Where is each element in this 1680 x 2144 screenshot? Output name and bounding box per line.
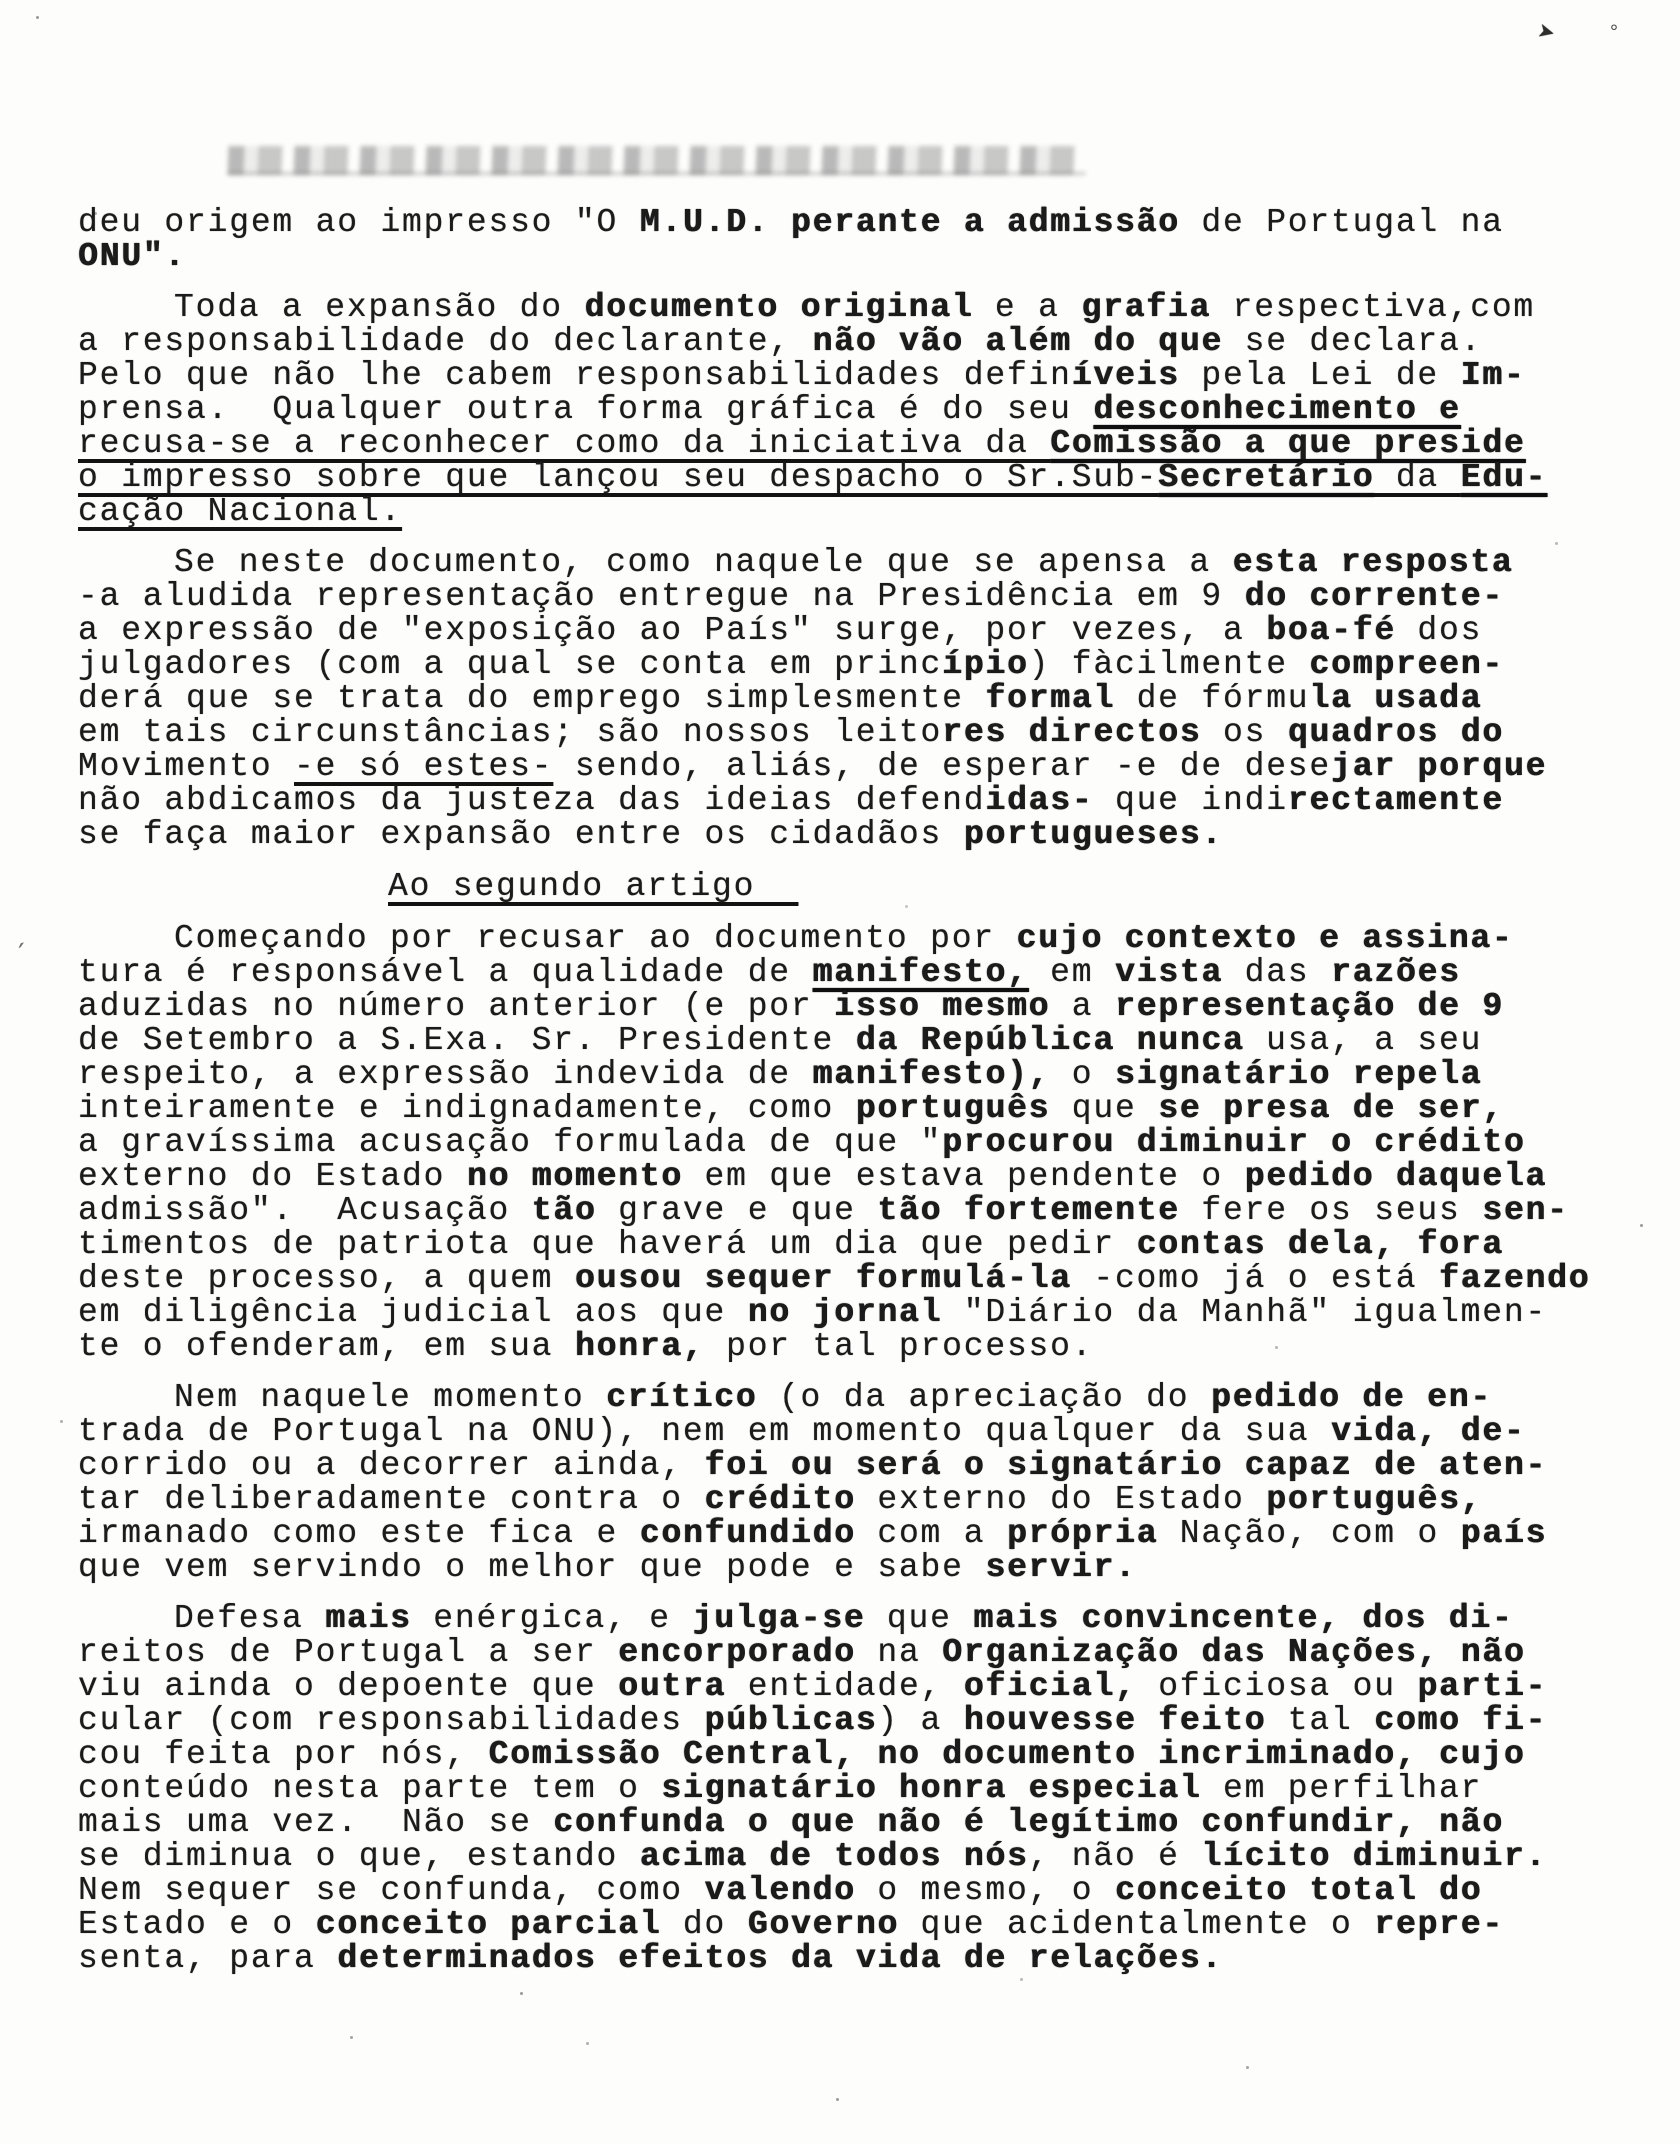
text-segment: mais bbox=[325, 1600, 411, 1637]
text-segment: da República nunca bbox=[856, 1022, 1245, 1059]
text-segment: Nação, com o bbox=[1158, 1515, 1460, 1552]
text-segment: ) a bbox=[877, 1702, 963, 1739]
paragraph-nem-naquele: Nem naquele momento crítico (o da apreci… bbox=[78, 1381, 1646, 1585]
text-segment: de fórmu bbox=[1115, 680, 1309, 717]
text-segment: , não é bbox=[1029, 1838, 1202, 1875]
text-segment: o impresso sobre que lançou seu despacho… bbox=[78, 459, 1158, 496]
text-segment: ousou sequer formulá-la bbox=[575, 1260, 1072, 1297]
text-segment: que vem servindo o melhor que pode e sab… bbox=[78, 1549, 985, 1586]
document-text: deu origem ao impresso "O M.U.D. perante… bbox=[78, 206, 1646, 1993]
text-segment: tão fortemente bbox=[877, 1192, 1179, 1229]
text-segment: se presa de ser, bbox=[1158, 1090, 1504, 1127]
text-segment: pedido daquela bbox=[1245, 1158, 1547, 1195]
text-segment: fere os seus bbox=[1180, 1192, 1482, 1229]
text-segment: julgadores (com a qual se conta em princ bbox=[78, 646, 942, 683]
text-line: tar deliberadamente contra o crédito ext… bbox=[78, 1483, 1646, 1517]
text-segment: o bbox=[1050, 1056, 1115, 1093]
text-segment: grafia bbox=[1081, 289, 1211, 326]
text-segment: servir. bbox=[985, 1549, 1136, 1586]
text-segment: a responsabilidade do declarante, bbox=[78, 323, 813, 360]
text-segment: Ao segundo artigo bbox=[388, 868, 798, 905]
text-segment: dos bbox=[1396, 612, 1482, 649]
text-segment: em diligência judicial aos que bbox=[78, 1294, 748, 1331]
text-line: trada de Portugal na ONU), nem em moment… bbox=[78, 1415, 1646, 1449]
text-line: reitos de Portugal a ser encorporado na … bbox=[78, 1636, 1646, 1670]
text-segment: acima de todos nós bbox=[640, 1838, 1029, 1875]
text-segment: parti- bbox=[1417, 1668, 1547, 1705]
text-segment: pedido de en- bbox=[1211, 1379, 1492, 1416]
text-segment: com a bbox=[856, 1515, 1007, 1552]
text-segment: em que estava pendente o bbox=[683, 1158, 1245, 1195]
text-segment: la usada bbox=[1309, 680, 1482, 717]
text-segment: Comissão Central, no documento incrimina… bbox=[488, 1736, 1525, 1773]
text-segment: a bbox=[1050, 988, 1115, 1025]
text-segment: se faça maior expansão entre os cidadãos bbox=[78, 816, 964, 853]
text-segment: do bbox=[661, 1906, 747, 1943]
text-segment: externo do Estado bbox=[856, 1481, 1266, 1518]
text-segment: Pelo que não lhe cabem responsabilidades… bbox=[78, 357, 1072, 394]
text-segment: das bbox=[1223, 954, 1331, 991]
text-segment: Im- bbox=[1461, 357, 1526, 394]
text-line: Estado e o conceito parcial do Governo q… bbox=[78, 1908, 1646, 1942]
text-segment: -e só estes- bbox=[294, 748, 553, 785]
text-segment: conteúdo nesta parte tem o bbox=[78, 1770, 661, 1807]
paragraph-comecando: Começando por recusar ao documento por c… bbox=[78, 922, 1646, 1364]
text-segment: res directos bbox=[942, 714, 1201, 751]
text-segment: a expressão de "exposição ao País" surge… bbox=[78, 612, 1266, 649]
text-segment: isso mesmo bbox=[834, 988, 1050, 1025]
text-segment: corrido ou a decorrer ainda, bbox=[78, 1447, 705, 1484]
text-line: se faça maior expansão entre os cidadãos… bbox=[78, 818, 1646, 852]
text-segment: te o ofenderam, em sua bbox=[78, 1328, 575, 1365]
text-segment: ) fàcilmente bbox=[1029, 646, 1310, 683]
text-segment: de Portugal na bbox=[1180, 204, 1504, 241]
text-segment: a gravíssima acusação formulada de que " bbox=[78, 1124, 942, 1161]
paragraph-continuation: deu origem ao impresso "O M.U.D. perante… bbox=[78, 206, 1646, 274]
text-line: a responsabilidade do declarante, não vã… bbox=[78, 325, 1646, 359]
text-segment: em bbox=[1029, 954, 1115, 991]
text-segment: confunda o que não é legítimo confundir,… bbox=[553, 1804, 1504, 1841]
text-segment: desconhecimento e bbox=[1093, 391, 1460, 428]
text-line: Defesa mais enérgica, e julga-se que mai… bbox=[78, 1602, 1646, 1636]
text-segment: sen- bbox=[1482, 1192, 1568, 1229]
section-heading: Ao segundo artigo bbox=[78, 870, 1646, 904]
text-segment: honra, bbox=[575, 1328, 705, 1365]
text-line: conteúdo nesta parte tem o signatário ho… bbox=[78, 1772, 1646, 1806]
text-line: -a aludida representação entregue na Pre… bbox=[78, 580, 1646, 614]
text-segment: mais uma vez. Não se bbox=[78, 1804, 553, 1841]
paragraph-se-neste-documento: Se neste documento, como naquele que se … bbox=[78, 546, 1646, 852]
text-line: deste processo, a quem ousou sequer form… bbox=[78, 1262, 1646, 1296]
margin-ink-slash: ´ bbox=[11, 938, 39, 976]
text-segment: conceito total do bbox=[1115, 1872, 1482, 1909]
text-segment: se diminua o que, estando bbox=[78, 1838, 640, 1875]
text-segment: oficiosa ou bbox=[1137, 1668, 1418, 1705]
text-segment: respectiva,com bbox=[1211, 289, 1535, 326]
text-segment: trada de Portugal na ONU), nem em moment… bbox=[78, 1413, 1331, 1450]
ink-mark: ➤ bbox=[1534, 14, 1559, 52]
text-segment: signatário honra especial bbox=[661, 1770, 1201, 1807]
text-segment: determinados efeitos da vida de relações… bbox=[337, 1940, 1223, 1977]
text-segment: aduzidas no número anterior (e por bbox=[78, 988, 834, 1025]
text-segment: Organização das Nações, não bbox=[942, 1634, 1525, 1671]
text-segment: procurou diminuir o crédito bbox=[942, 1124, 1525, 1161]
text-line: mais uma vez. Não se confunda o que não … bbox=[78, 1806, 1646, 1840]
text-segment: que indi bbox=[1093, 782, 1287, 819]
text-line: externo do Estado no momento em que esta… bbox=[78, 1160, 1646, 1194]
text-segment: Comissão a que preside bbox=[1050, 425, 1525, 462]
text-segment: entidade, bbox=[726, 1668, 964, 1705]
text-line: tura é responsável a qualidade de manife… bbox=[78, 956, 1646, 990]
text-line: ONU". bbox=[78, 240, 1646, 274]
text-segment: se declara. bbox=[1223, 323, 1482, 360]
text-line: julgadores (com a qual se conta em princ… bbox=[78, 648, 1646, 682]
text-segment: Defesa bbox=[174, 1600, 325, 1637]
text-line: não abdicamos da justeza das ideias defe… bbox=[78, 784, 1646, 818]
text-segment: não vão além do que bbox=[813, 323, 1223, 360]
text-segment: jar porque bbox=[1331, 748, 1547, 785]
text-segment: vista bbox=[1115, 954, 1223, 991]
text-line: derá que se trata do emprego simplesment… bbox=[78, 682, 1646, 716]
text-segment: inteiramente e indignadamente, como bbox=[78, 1090, 856, 1127]
text-segment: e a bbox=[973, 289, 1081, 326]
text-segment: cujo contexto e assina- bbox=[1017, 920, 1514, 957]
text-line: prensa. Qualquer outra forma gráfica é d… bbox=[78, 393, 1646, 427]
text-segment: esta resposta bbox=[1233, 544, 1514, 581]
text-segment: deste processo, a quem bbox=[78, 1260, 575, 1297]
text-line: em tais circunstâncias; são nossos leito… bbox=[78, 716, 1646, 750]
text-segment: por tal processo. bbox=[705, 1328, 1094, 1365]
text-segment: Movimento bbox=[78, 748, 294, 785]
text-segment: usa, a seu bbox=[1245, 1022, 1483, 1059]
text-line: recusa-se a reconhecer como da iniciativ… bbox=[78, 427, 1646, 461]
text-segment: o mesmo, o bbox=[856, 1872, 1115, 1909]
text-segment: derá que se trata do emprego simplesment… bbox=[78, 680, 985, 717]
text-line: Toda a expansão do documento original e … bbox=[78, 291, 1646, 325]
text-line: Nem sequer se confunda, como valendo o m… bbox=[78, 1874, 1646, 1908]
text-segment: que bbox=[865, 1600, 973, 1637]
text-line: Ao segundo artigo bbox=[388, 870, 1646, 904]
text-segment: Secretário bbox=[1158, 459, 1374, 496]
text-segment: na bbox=[856, 1634, 942, 1671]
text-segment: que acidentalmente o bbox=[899, 1906, 1374, 1943]
text-segment: prensa. Qualquer outra forma gráfica é d… bbox=[78, 391, 1093, 428]
text-segment: compreen- bbox=[1309, 646, 1503, 683]
text-segment: M.U.D. perante a admissão bbox=[640, 204, 1180, 241]
text-segment: externo do Estado bbox=[78, 1158, 467, 1195]
text-line: Movimento -e só estes- sendo, aliás, de … bbox=[78, 750, 1646, 784]
text-line: timentos de patriota que haverá um dia q… bbox=[78, 1228, 1646, 1262]
text-line: de Setembro a S.Exa. Sr. Presidente da R… bbox=[78, 1024, 1646, 1058]
text-segment: cular (com responsabilidades bbox=[78, 1702, 705, 1739]
text-line: aduzidas no número anterior (e por isso … bbox=[78, 990, 1646, 1024]
text-segment: recusa-se a reconhecer como da iniciativ… bbox=[78, 425, 1050, 462]
text-segment: oficial, bbox=[964, 1668, 1137, 1705]
text-segment: senta, para bbox=[78, 1940, 337, 1977]
text-segment: pela Lei de bbox=[1180, 357, 1461, 394]
text-segment: que bbox=[1050, 1090, 1158, 1127]
text-segment: crítico bbox=[606, 1379, 757, 1416]
text-segment: ípio bbox=[942, 646, 1028, 683]
text-segment: -como já o está bbox=[1072, 1260, 1439, 1297]
text-segment: públicas bbox=[705, 1702, 878, 1739]
text-segment: tura é responsável a qualidade de bbox=[78, 954, 813, 991]
text-segment: mais convincente, dos di- bbox=[973, 1600, 1513, 1637]
text-segment: (o da apreciação do bbox=[757, 1379, 1211, 1416]
text-segment: Nem sequer se confunda, como bbox=[78, 1872, 705, 1909]
text-segment: deu origem ao impresso "O bbox=[78, 204, 640, 241]
text-segment: como fi- bbox=[1374, 1702, 1547, 1739]
text-segment: português, bbox=[1266, 1481, 1482, 1518]
text-segment: no jornal bbox=[748, 1294, 942, 1331]
text-segment: confundido bbox=[640, 1515, 856, 1552]
text-segment: "Diário da Manhã" igualmen- bbox=[942, 1294, 1547, 1331]
text-line: a expressão de "exposição ao País" surge… bbox=[78, 614, 1646, 648]
faded-stamp-smudge bbox=[227, 146, 1086, 175]
text-segment: manifesto, bbox=[813, 954, 1029, 991]
text-segment: respeito, a expressão indevida de bbox=[78, 1056, 813, 1093]
text-segment: formal bbox=[985, 680, 1115, 717]
text-line: inteiramente e indignadamente, como port… bbox=[78, 1092, 1646, 1126]
text-segment: viu ainda o depoente que bbox=[78, 1668, 618, 1705]
text-segment: portugueses. bbox=[964, 816, 1223, 853]
paragraph-toda-a-expansao: Toda a expansão do documento original e … bbox=[78, 291, 1646, 529]
text-line: cou feita por nós, Comissão Central, no … bbox=[78, 1738, 1646, 1772]
text-segment: Governo bbox=[748, 1906, 899, 1943]
text-segment: idas- bbox=[985, 782, 1093, 819]
small-ink-dot: ° bbox=[1608, 22, 1620, 45]
text-segment: Nem naquele momento bbox=[174, 1379, 606, 1416]
text-segment: rectamente bbox=[1288, 782, 1504, 819]
text-segment: Começando por recusar ao documento por bbox=[174, 920, 1017, 957]
text-line: Pelo que não lhe cabem responsabilidades… bbox=[78, 359, 1646, 393]
text-segment: de Setembro a S.Exa. Sr. Presidente bbox=[78, 1022, 856, 1059]
text-segment: ONU". bbox=[78, 238, 186, 275]
text-segment: contas dela, fora bbox=[1137, 1226, 1504, 1263]
text-segment: do corrente- bbox=[1245, 578, 1504, 615]
text-segment: representação de 9 bbox=[1115, 988, 1504, 1025]
text-segment: Estado e o bbox=[78, 1906, 316, 1943]
text-segment: lícito diminuir. bbox=[1201, 1838, 1547, 1875]
text-segment: país bbox=[1461, 1515, 1547, 1552]
text-line: cação Nacional. bbox=[78, 495, 1646, 529]
text-segment: enérgica, e bbox=[412, 1600, 693, 1637]
text-line: respeito, a expressão indevida de manife… bbox=[78, 1058, 1646, 1092]
text-line: Se neste documento, como naquele que se … bbox=[78, 546, 1646, 580]
text-line: o impresso sobre que lançou seu despacho… bbox=[78, 461, 1646, 495]
text-line: Nem naquele momento crítico (o da apreci… bbox=[78, 1381, 1646, 1415]
text-segment: própria bbox=[1007, 1515, 1158, 1552]
scan-speckles bbox=[0, 0, 3, 3]
text-segment: sendo, aliás, de esperar -e de dese bbox=[553, 748, 1331, 785]
text-segment: admissão". Acusação bbox=[78, 1192, 532, 1229]
text-segment: português bbox=[856, 1090, 1050, 1127]
text-segment: cação Nacional. bbox=[78, 493, 402, 530]
text-segment: quadros do bbox=[1288, 714, 1504, 751]
text-segment: razões bbox=[1331, 954, 1461, 991]
text-segment: irmanado como este fica e bbox=[78, 1515, 640, 1552]
text-segment: encorporado bbox=[618, 1634, 856, 1671]
text-line: te o ofenderam, em sua honra, por tal pr… bbox=[78, 1330, 1646, 1364]
text-segment: Toda a expansão do bbox=[174, 289, 584, 326]
text-segment: valendo bbox=[705, 1872, 856, 1909]
scanned-page: ➤ ° ´ deu origem ao impresso "O M.U.D. p… bbox=[0, 0, 1680, 2144]
text-segment: conceito parcial bbox=[316, 1906, 662, 1943]
text-segment: tar deliberadamente contra o bbox=[78, 1481, 705, 1518]
text-segment: Se neste documento, como naquele que se … bbox=[174, 544, 1233, 581]
text-segment: boa-fé bbox=[1266, 612, 1396, 649]
text-segment: da bbox=[1374, 459, 1460, 496]
text-segment: -a aludida representação entregue na Pre… bbox=[78, 578, 1245, 615]
text-segment: outra bbox=[618, 1668, 726, 1705]
text-segment: signatário repela bbox=[1115, 1056, 1482, 1093]
text-segment: Edu- bbox=[1461, 459, 1547, 496]
text-segment: cou feita por nós, bbox=[78, 1736, 488, 1773]
text-segment: os bbox=[1201, 714, 1287, 751]
text-line: senta, para determinados efeitos da vida… bbox=[78, 1942, 1646, 1976]
text-line: a gravíssima acusação formulada de que "… bbox=[78, 1126, 1646, 1160]
text-line: se diminua o que, estando acima de todos… bbox=[78, 1840, 1646, 1874]
text-line: irmanado como este fica e confundido com… bbox=[78, 1517, 1646, 1551]
text-line: corrido ou a decorrer ainda, foi ou será… bbox=[78, 1449, 1646, 1483]
text-segment: houvesse feito bbox=[964, 1702, 1266, 1739]
text-line: admissão". Acusação tão grave e que tão … bbox=[78, 1194, 1646, 1228]
paragraph-defesa: Defesa mais enérgica, e julga-se que mai… bbox=[78, 1602, 1646, 1976]
text-segment: grave e que bbox=[596, 1192, 877, 1229]
text-segment: em perfilhar bbox=[1201, 1770, 1482, 1807]
text-segment: vida, de- bbox=[1331, 1413, 1525, 1450]
text-segment: fazendo bbox=[1439, 1260, 1590, 1297]
text-segment: manifesto), bbox=[813, 1056, 1051, 1093]
text-segment: documento original bbox=[584, 289, 973, 326]
text-segment: reitos de Portugal a ser bbox=[78, 1634, 618, 1671]
text-line: deu origem ao impresso "O M.U.D. perante… bbox=[78, 206, 1646, 240]
text-segment: repre- bbox=[1374, 1906, 1504, 1943]
text-line: cular (com responsabilidades públicas) a… bbox=[78, 1704, 1646, 1738]
text-line: viu ainda o depoente que outra entidade,… bbox=[78, 1670, 1646, 1704]
text-line: Começando por recusar ao documento por c… bbox=[78, 922, 1646, 956]
text-segment: íveis bbox=[1072, 357, 1180, 394]
text-segment: no momento bbox=[467, 1158, 683, 1195]
text-segment: tal bbox=[1266, 1702, 1374, 1739]
text-segment: tão bbox=[532, 1192, 597, 1229]
text-segment: crédito bbox=[705, 1481, 856, 1518]
text-line: que vem servindo o melhor que pode e sab… bbox=[78, 1551, 1646, 1585]
text-line: em diligência judicial aos que no jornal… bbox=[78, 1296, 1646, 1330]
text-segment: não abdicamos da justeza das ideias defe… bbox=[78, 782, 985, 819]
text-segment: julga-se bbox=[693, 1600, 866, 1637]
text-segment: foi ou será o signatário capaz de aten- bbox=[705, 1447, 1548, 1484]
text-segment: timentos de patriota que haverá um dia q… bbox=[78, 1226, 1137, 1263]
text-segment: em tais circunstâncias; são nossos leito bbox=[78, 714, 942, 751]
